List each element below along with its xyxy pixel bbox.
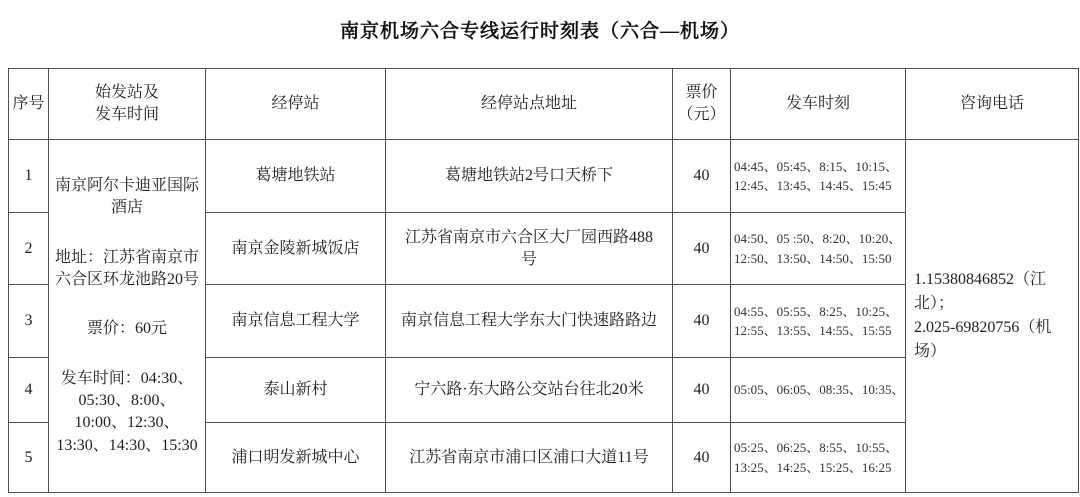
stop-address: 南京信息工程大学东大门快速路路边 (386, 285, 673, 358)
origin-departure-times: 发车时间：04:30、05:30、8:00、10:00、12:30、13:30、… (54, 368, 200, 458)
origin-station-cell: 南京阿尔卡迪亚国际酒店 地址：江苏省南京市六合区环龙池路20号 票价：60元 发… (49, 140, 206, 493)
header-stop: 经停站 (206, 69, 386, 140)
phone-cell: 1.15380846852（江北）； 2.025-69820756（机场） (906, 140, 1079, 493)
table-row: 1 南京阿尔卡迪亚国际酒店 地址：江苏省南京市六合区环龙池路20号 票价：60元… (9, 140, 1079, 213)
row-index: 1 (9, 140, 49, 213)
header-row: 序号 始发站及 发车时间 经停站 经停站点地址 票价 （元） 发车时刻 咨询电话 (9, 69, 1079, 140)
bus-schedule-table: 序号 始发站及 发车时间 经停站 经停站点地址 票价 （元） 发车时刻 咨询电话… (8, 68, 1079, 493)
stop-address: 江苏省南京市六合区大厂园西路488号 (386, 213, 673, 285)
header-index: 序号 (9, 69, 49, 140)
row-index: 3 (9, 285, 49, 358)
page-title: 南京机场六合专线运行时刻表（六合—机场） (0, 16, 1080, 43)
header-origin: 始发站及 发车时间 (49, 69, 206, 140)
fare-value: 40 (673, 213, 731, 285)
header-stop-address: 经停站点地址 (386, 69, 673, 140)
fare-value: 40 (673, 423, 731, 493)
stop-name: 泰山新村 (206, 358, 386, 423)
departure-times: 05:05、06:05、08:35、10:35、 (731, 358, 906, 423)
origin-name: 南京阿尔卡迪亚国际酒店 (54, 175, 200, 220)
header-phone: 咨询电话 (906, 69, 1079, 140)
departure-times: 04:55、05:55、8:25、10:25、12:55、13:55、14:55… (731, 285, 906, 358)
departure-times: 04:50、05 :50、8:20、10:20、12:50、13:50、14:5… (731, 213, 906, 285)
departure-times: 05:25、06:25、8:55、10:55、13:25、14:25、15:25… (731, 423, 906, 493)
stop-name: 南京金陵新城饭店 (206, 213, 386, 285)
departure-times: 04:45、05:45、8:15、10:15、12:45、13:45、14:45… (731, 140, 906, 213)
fare-value: 40 (673, 285, 731, 358)
fare-value: 40 (673, 140, 731, 213)
row-index: 4 (9, 358, 49, 423)
origin-address: 地址：江苏省南京市六合区环龙池路20号 (54, 247, 200, 292)
fare-value: 40 (673, 358, 731, 423)
stop-name: 浦口明发新城中心 (206, 423, 386, 493)
header-fare: 票价 （元） (673, 69, 731, 140)
origin-fare: 票价：60元 (54, 318, 200, 340)
stop-address: 江苏省南京市浦口区浦口大道11号 (386, 423, 673, 493)
row-index: 5 (9, 423, 49, 493)
row-index: 2 (9, 213, 49, 285)
stop-address: 葛塘地铁站2号口天桥下 (386, 140, 673, 213)
stop-name: 葛塘地铁站 (206, 140, 386, 213)
stop-address: 宁六路·东大路公交站台往北20米 (386, 358, 673, 423)
stop-name: 南京信息工程大学 (206, 285, 386, 358)
header-departures: 发车时刻 (731, 69, 906, 140)
